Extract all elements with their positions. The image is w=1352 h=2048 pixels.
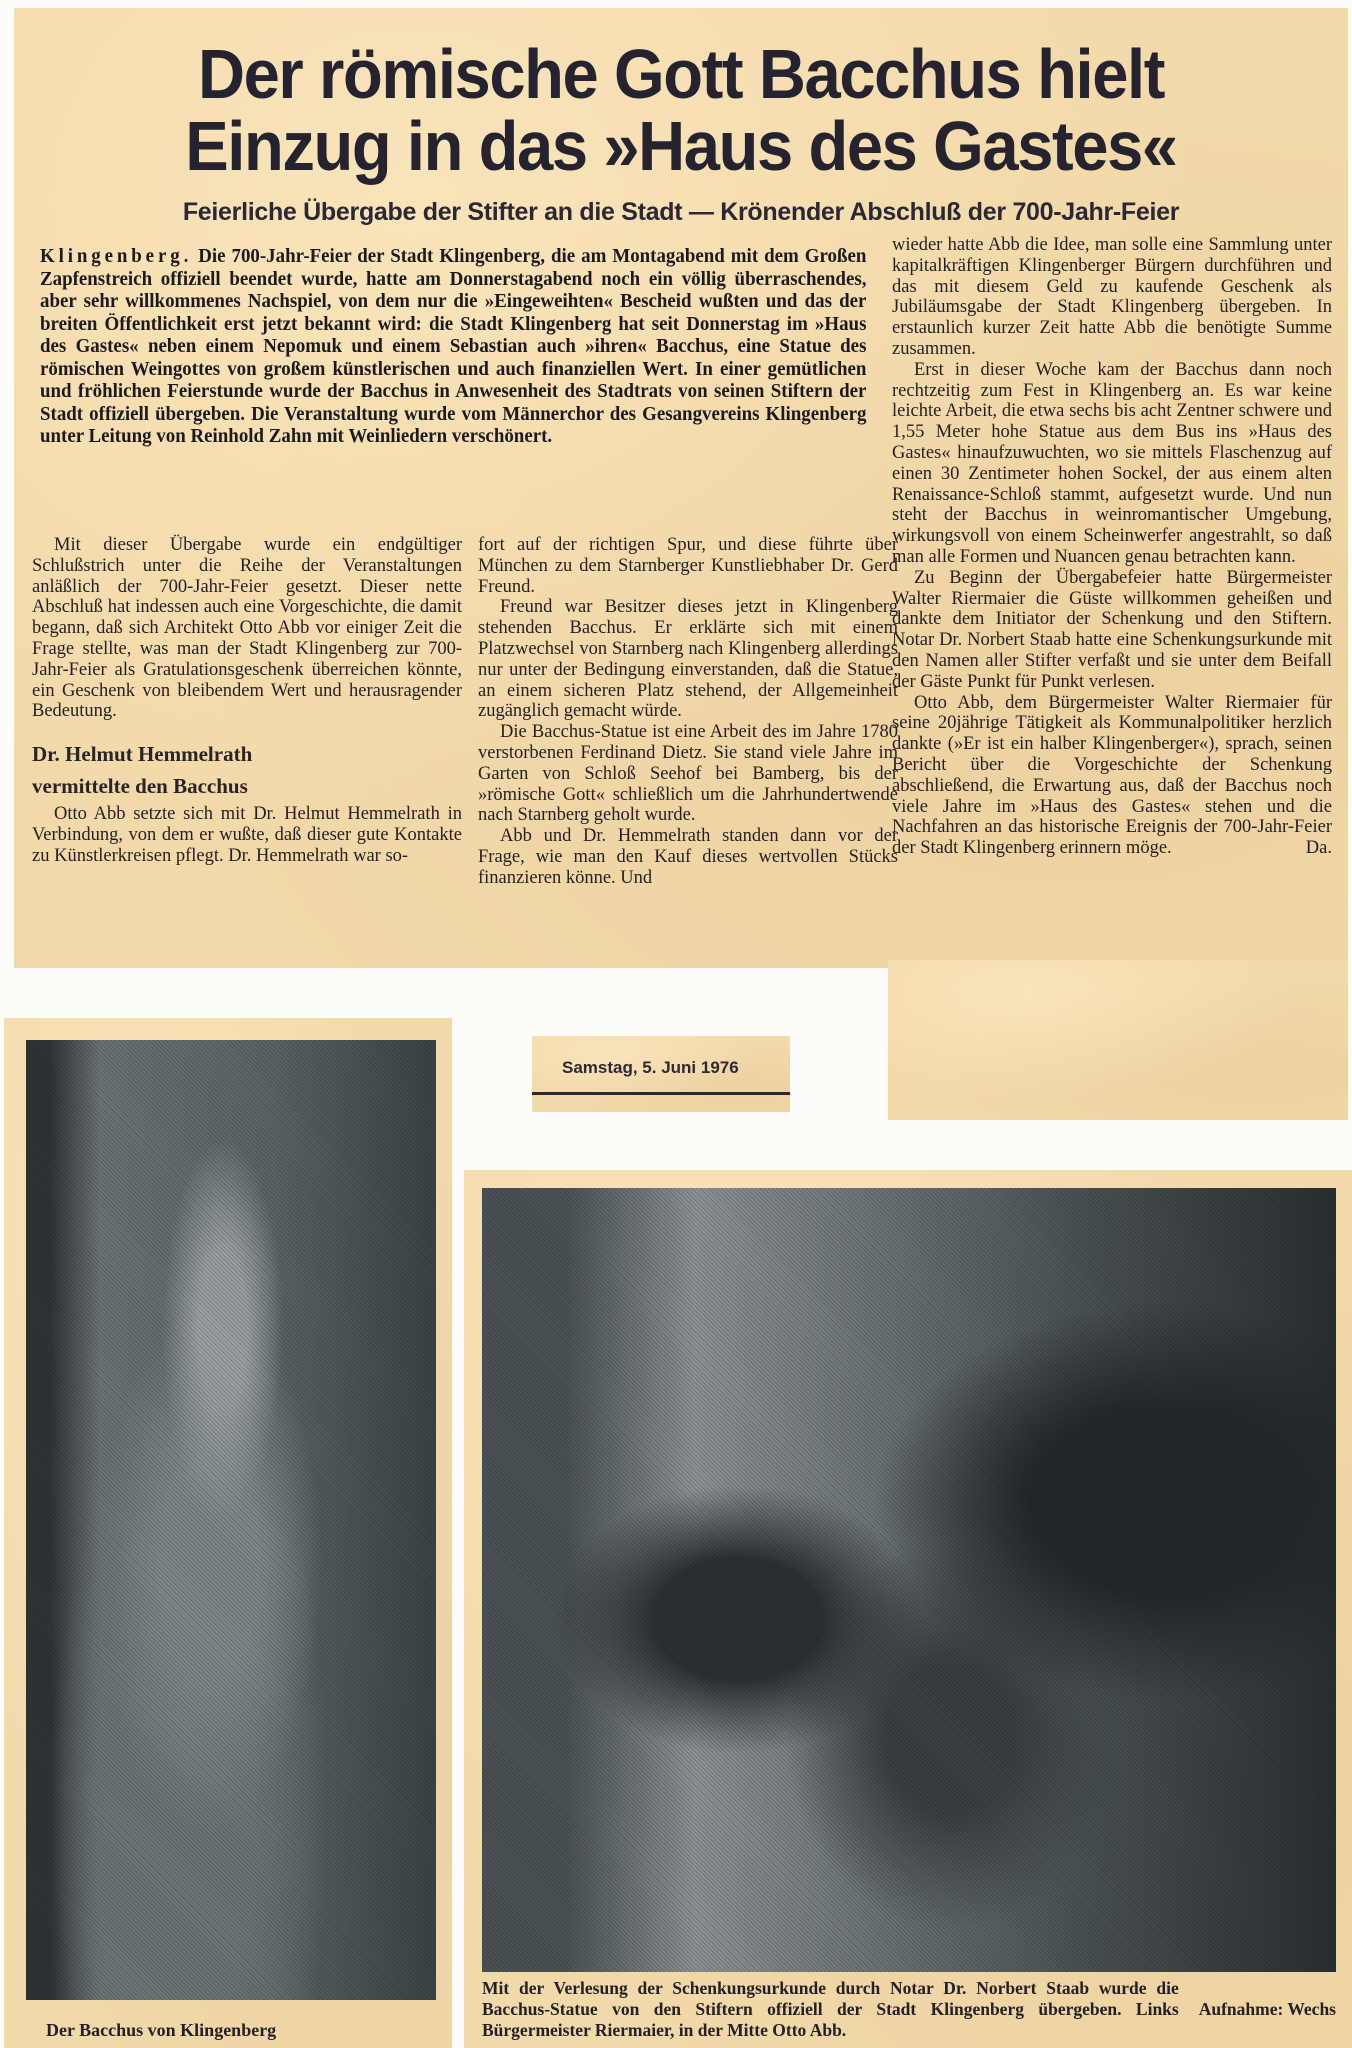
headline-line-1: Der römische Gott Bacchus hielt bbox=[61, 38, 1302, 110]
ceremony-photo-clipping: Aufnahme: Wechs Mit der Verlesung der Sc… bbox=[464, 1170, 1352, 2048]
column-1: Mit dieser Übergabe wurde ein endgültige… bbox=[32, 535, 462, 867]
dateline: Klingenberg. bbox=[40, 246, 192, 267]
lead-text: Die 700-Jahr-Feier der Stadt Klingenberg… bbox=[40, 246, 866, 447]
bacchus-statue-photo bbox=[26, 1040, 436, 2000]
statue-photo-clipping: Der Bacchus von Klingenberg bbox=[4, 1018, 452, 2048]
paragraph: Freund war Besitzer dieses jetzt in Klin… bbox=[478, 597, 898, 722]
headline-line-2: Einzug in das »Haus des Gastes« bbox=[61, 110, 1302, 182]
paragraph: wieder hatte Abb die Idee, man solle ein… bbox=[892, 235, 1332, 360]
paragraph: Mit dieser Übergabe wurde ein endgültige… bbox=[32, 535, 462, 722]
ceremony-photo bbox=[482, 1188, 1336, 1972]
subhead-line-1: Dr. Helmut Hemmelrath bbox=[32, 738, 462, 770]
column-3: wieder hatte Abb die Idee, man solle ein… bbox=[892, 235, 1332, 859]
date-clipping: Samstag, 5. Juni 1976 bbox=[532, 1036, 790, 1112]
photo-credit: Aufnahme: Wechs bbox=[1199, 1999, 1336, 2020]
paragraph: Die Bacchus-Statue ist eine Arbeit des i… bbox=[478, 722, 898, 826]
author-initials: Da. bbox=[1284, 838, 1332, 859]
paragraph: fort auf der richtigen Spur, und diese f… bbox=[478, 535, 898, 597]
lead-paragraph: Klingenberg. Die 700-Jahr-Feier der Stad… bbox=[40, 246, 866, 449]
article-clipping-extension bbox=[888, 960, 1348, 1120]
ceremony-caption: Aufnahme: Wechs Mit der Verlesung der Sc… bbox=[482, 1978, 1336, 2041]
subheadline: Feierliche Übergabe der Stifter an die S… bbox=[14, 198, 1348, 227]
paragraph: Zu Beginn der Übergabefeier hatte Bürger… bbox=[892, 568, 1332, 693]
paragraph: Otto Abb, dem Bürgermeister Walter Rierm… bbox=[892, 693, 1332, 859]
divider-rule bbox=[532, 1092, 790, 1095]
headline: Der römische Gott Bacchus hielt Einzug i… bbox=[61, 38, 1302, 182]
column-2: fort auf der richtigen Spur, und diese f… bbox=[478, 535, 898, 889]
publication-date: Samstag, 5. Juni 1976 bbox=[562, 1058, 739, 1078]
subhead-line-2: vermittelte den Bacchus bbox=[32, 770, 462, 802]
caption-text: Mit der Verlesung der Schenkungsurkunde … bbox=[482, 1978, 1179, 2040]
paragraph: Erst in dieser Woche kam der Bacchus dan… bbox=[892, 360, 1332, 568]
paragraph: Otto Abb setzte sich mit Dr. Helmut Hemm… bbox=[32, 804, 462, 866]
section-subhead: Dr. Helmut Hemmelrath vermittelte den Ba… bbox=[32, 738, 462, 802]
paragraph-text: Otto Abb, dem Bürgermeister Walter Rierm… bbox=[892, 693, 1332, 859]
statue-caption: Der Bacchus von Klingenberg bbox=[46, 2020, 276, 2041]
paragraph: Abb und Dr. Hemmelrath standen dann vor … bbox=[478, 826, 898, 888]
